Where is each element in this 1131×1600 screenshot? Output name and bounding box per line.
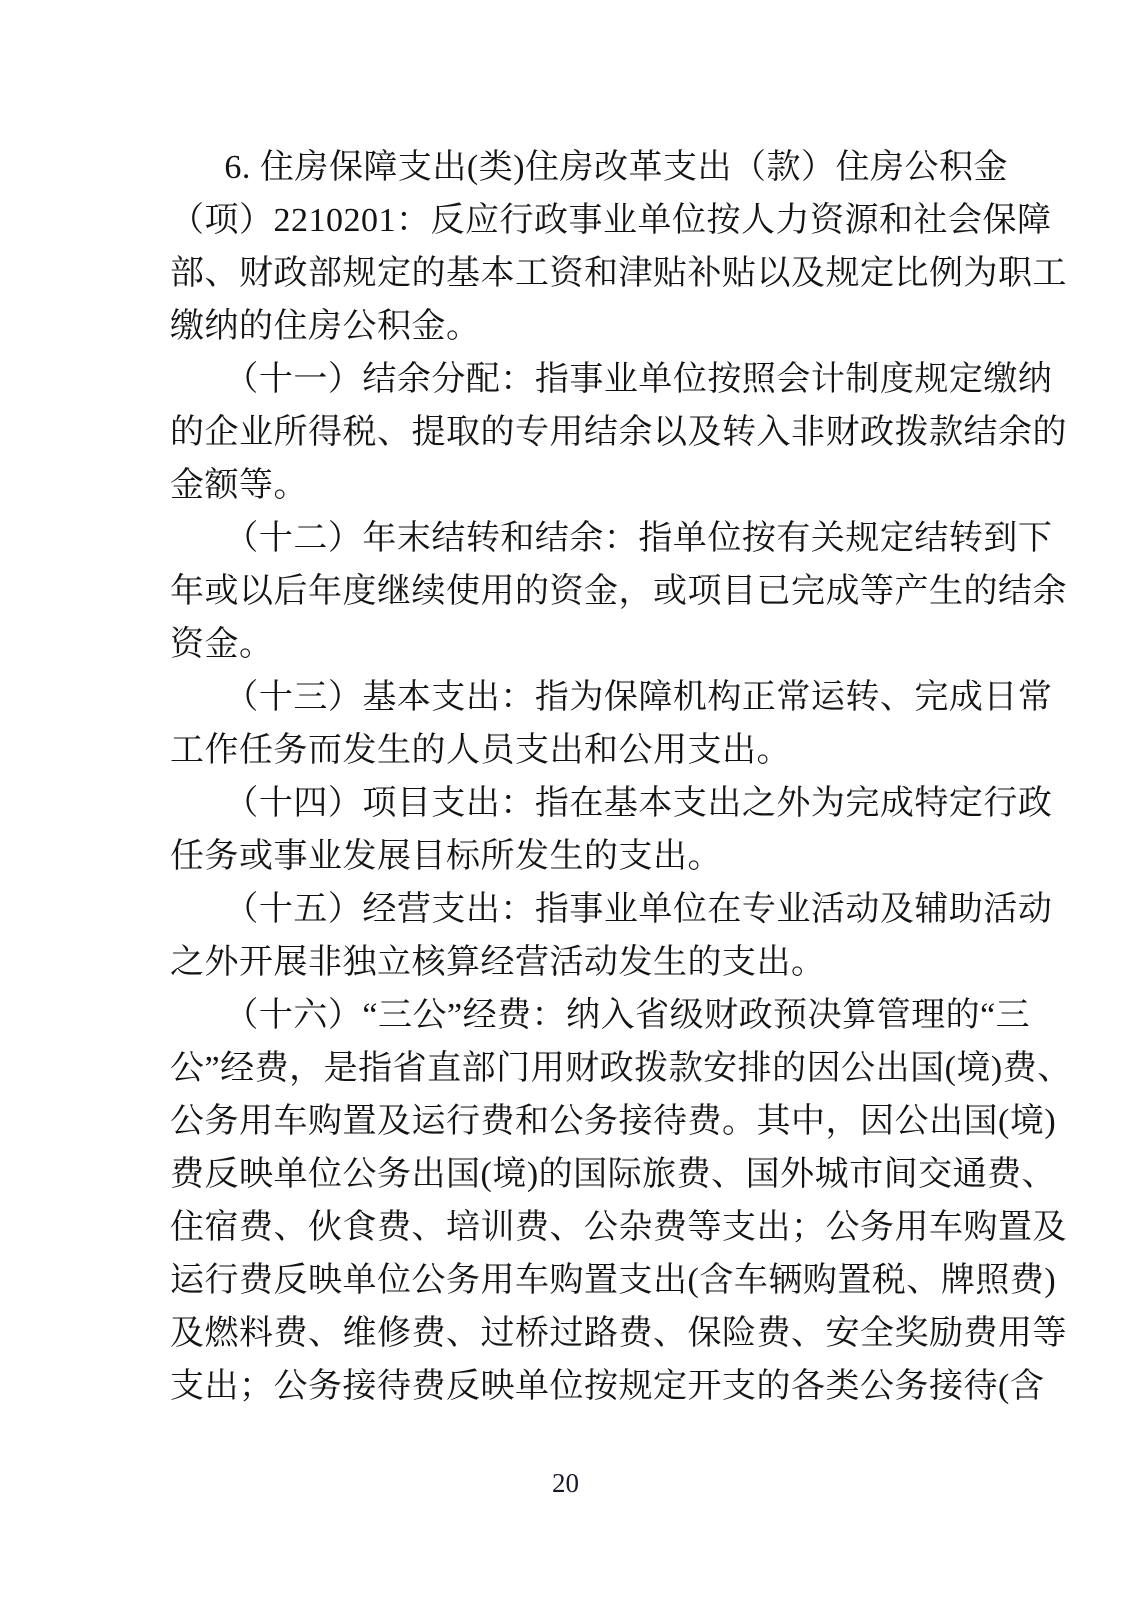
text-line: 6. 住房保障支出(类)住房改革支出（款）住房公积金	[170, 141, 960, 194]
document-page: 6. 住房保障支出(类)住房改革支出（款）住房公积金 （项）2210201：反应…	[0, 0, 1131, 1600]
text-line: （项）2210201：反应行政事业单位按人力资源和社会保障	[170, 194, 960, 247]
text-line: 缴纳的住房公积金。	[170, 300, 960, 353]
text-line: 公”经费，是指省直部门用财政拨款安排的因公出国(境)费、	[170, 1042, 960, 1095]
text-line: （十五）经营支出：指事业单位在专业活动及辅助活动	[170, 883, 960, 936]
text-line: 公务用车购置及运行费和公务接待费。其中，因公出国(境)	[170, 1095, 960, 1148]
text-line: 资金。	[170, 618, 960, 671]
text-line: 运行费反映单位公务用车购置支出(含车辆购置税、牌照费)	[170, 1254, 960, 1307]
page-number: 20	[0, 1468, 1131, 1499]
text-line: （十三）基本支出：指为保障机构正常运转、完成日常	[170, 671, 960, 724]
text-line: 工作任务而发生的人员支出和公用支出。	[170, 724, 960, 777]
text-line: 年或以后年度继续使用的资金，或项目已完成等产生的结余	[170, 565, 960, 618]
text-line: （十四）项目支出：指在基本支出之外为完成特定行政	[170, 777, 960, 830]
text-line: 费反映单位公务出国(境)的国际旅费、国外城市间交通费、	[170, 1148, 960, 1201]
text-line: 的企业所得税、提取的专用结余以及转入非财政拨款结余的	[170, 406, 960, 459]
text-line: （十六）“三公”经费：纳入省级财政预决算管理的“三	[170, 989, 960, 1042]
text-line: 之外开展非独立核算经营活动发生的支出。	[170, 936, 960, 989]
text-line: 金额等。	[170, 459, 960, 512]
text-line: （十一）结余分配：指事业单位按照会计制度规定缴纳	[170, 353, 960, 406]
text-line: 部、财政部规定的基本工资和津贴补贴以及规定比例为职工	[170, 247, 960, 300]
text-line: 住宿费、伙食费、培训费、公杂费等支出；公务用车购置及	[170, 1201, 960, 1254]
document-body: 6. 住房保障支出(类)住房改革支出（款）住房公积金 （项）2210201：反应…	[170, 141, 960, 1413]
text-line: 支出；公务接待费反映单位按规定开支的各类公务接待(含	[170, 1360, 960, 1413]
text-line: 任务或事业发展目标所发生的支出。	[170, 830, 960, 883]
text-line: 及燃料费、维修费、过桥过路费、保险费、安全奖励费用等	[170, 1307, 960, 1360]
text-line: （十二）年末结转和结余：指单位按有关规定结转到下	[170, 512, 960, 565]
